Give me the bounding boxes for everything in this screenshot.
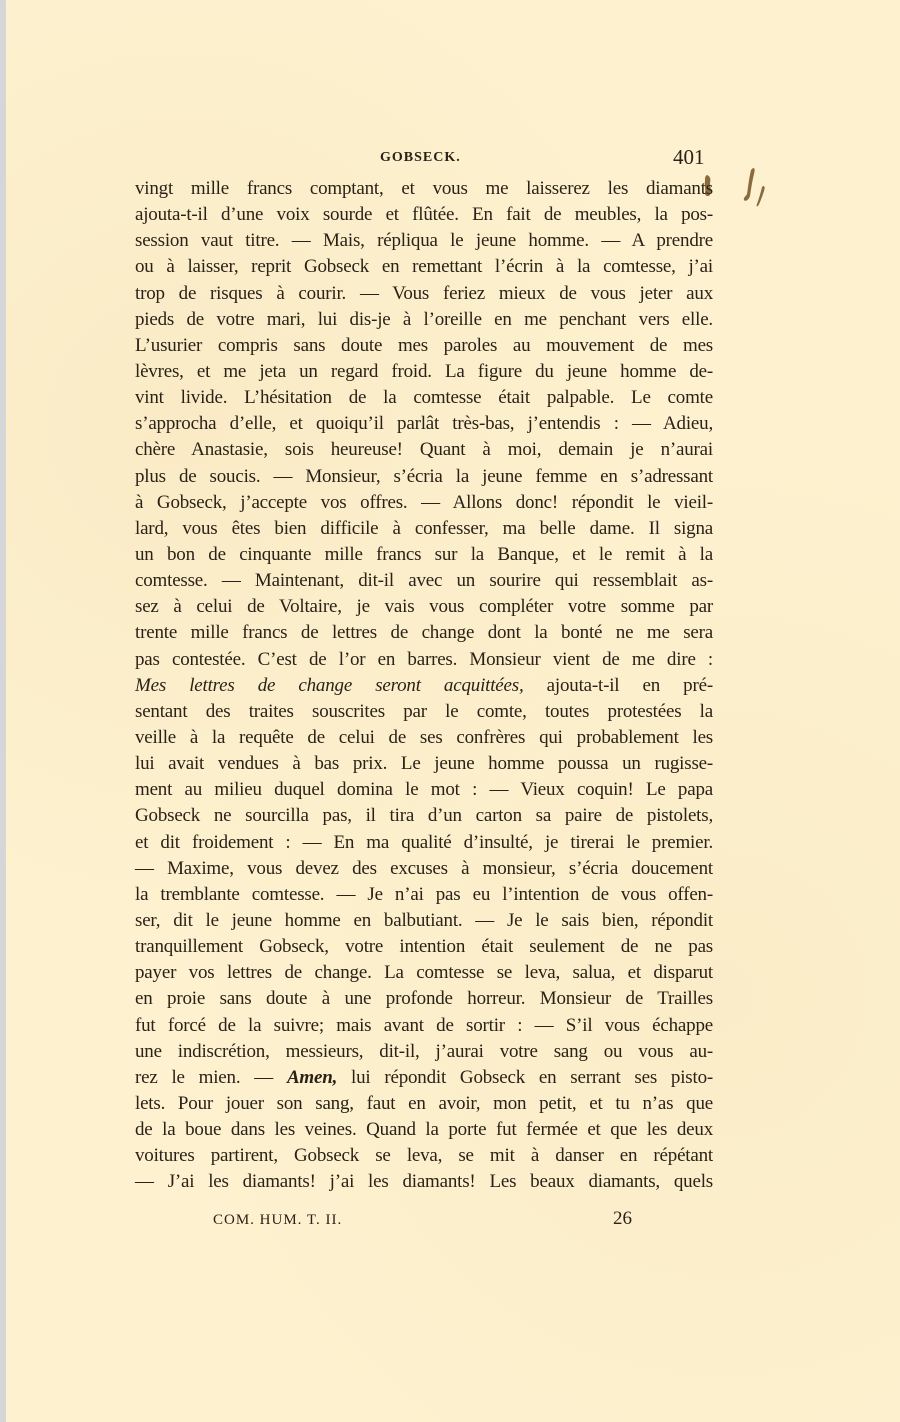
body-text: vingt mille francs comptant, et vous me …: [135, 176, 713, 1195]
text-line: vint livide. L’hésitation de la comtesse…: [135, 385, 713, 411]
text-line: Mes lettres de change seront acquittées,…: [135, 673, 713, 699]
text-line: et dit froidement : — En ma qualité d’in…: [135, 830, 713, 856]
text-line: veille à la requête de celui de ses conf…: [135, 725, 713, 751]
text-line: lard, vous êtes bien difficile à confess…: [135, 516, 713, 542]
text-line: une indiscrétion, messieurs, dit-il, j’a…: [135, 1039, 713, 1065]
margin-pencil-mark-icon: [741, 164, 801, 224]
text-line: de la boue dans les veines. Quand la por…: [135, 1117, 713, 1143]
text-line: payer vos lettres de change. La comtesse…: [135, 960, 713, 986]
text-line: lèvres, et me jeta un regard froid. La f…: [135, 359, 713, 385]
text-line: fut forcé de la suivre; mais avant de so…: [135, 1013, 713, 1039]
text-line: ajouta-t-il d’une voix sourde et flûtée.…: [135, 202, 713, 228]
text-line: la tremblante comtesse. — Je n’ai pas eu…: [135, 882, 713, 908]
signature-number: 26: [613, 1208, 632, 1230]
text-line: — Maxime, vous devez des excuses à monsi…: [135, 856, 713, 882]
text-fragment: —: [254, 1067, 287, 1088]
text-line: pas contestée. C’est de l’or en barres. …: [135, 647, 713, 673]
signature-mark: COM. HUM. T. II.: [213, 1212, 342, 1229]
text-line: en proie sans doute à une profonde horre…: [135, 986, 713, 1012]
text-line: ser, dit le jeune homme en balbutiant. —…: [135, 908, 713, 934]
text-line: lui avait vendues à bas prix. Le jeune h…: [135, 751, 713, 777]
text-line: Gobseck ne sourcilla pas, il tira d’un c…: [135, 803, 713, 829]
text-line: s’approcha d’elle, et quoiqu’il parlât t…: [135, 411, 713, 437]
text-line: tranquillement Gobseck, votre intention …: [135, 934, 713, 960]
text-line: comtesse. — Maintenant, dit-il avec un s…: [135, 568, 713, 594]
text-fragment: rez le mien.: [135, 1067, 240, 1088]
text-line: lets. Pour jouer son sang, faut en avoir…: [135, 1091, 713, 1117]
text-line: sez à celui de Voltaire, je vais vous co…: [135, 594, 713, 620]
page-number: 401: [673, 145, 705, 170]
italic-phrase: Mes lettres de change seront acquittées,: [135, 675, 524, 696]
text-line: session vaut titre. — Mais, répliqua le …: [135, 228, 713, 254]
text-line: rez le mien. — Amen, lui répondit Gobsec…: [135, 1065, 713, 1091]
text-line: pieds de votre mari, lui dis-je à l’orei…: [135, 307, 713, 333]
book-page: GOBSECK. 401 vingt mille francs comptant…: [6, 0, 900, 1422]
italic-phrase: Amen,: [287, 1067, 337, 1088]
text-line: trop de risques à courir. — Vous feriez …: [135, 281, 713, 307]
text-line: trente mille francs de lettres de change…: [135, 620, 713, 646]
text-line: ment au milieu duquel domina le mot : — …: [135, 777, 713, 803]
text-fragment: lui répondit Gobseck en serrant ses pist…: [351, 1067, 713, 1088]
text-line: un bon de cinquante mille francs sur la …: [135, 542, 713, 568]
text-line: — J’ai les diamants! j’ai les diamants! …: [135, 1169, 713, 1195]
text-line: voitures partirent, Gobseck se leva, se …: [135, 1143, 713, 1169]
text-line: sentant des traites souscrites par le co…: [135, 699, 713, 725]
text-line: L’usurier compris sans doute mes paroles…: [135, 333, 713, 359]
text-line: ou à laisser, reprit Gobseck en remettan…: [135, 254, 713, 280]
text-line: à Gobseck, j’accepte vos offres. — Allon…: [135, 490, 713, 516]
text-fragment: ajouta-t-il en pré-: [547, 675, 713, 696]
running-title: GOBSECK.: [380, 150, 461, 166]
text-line: plus de soucis. — Monsieur, s’écria la j…: [135, 464, 713, 490]
text-line: chère Anastasie, sois heureuse! Quant à …: [135, 437, 713, 463]
text-line: vingt mille francs comptant, et vous me …: [135, 176, 713, 202]
